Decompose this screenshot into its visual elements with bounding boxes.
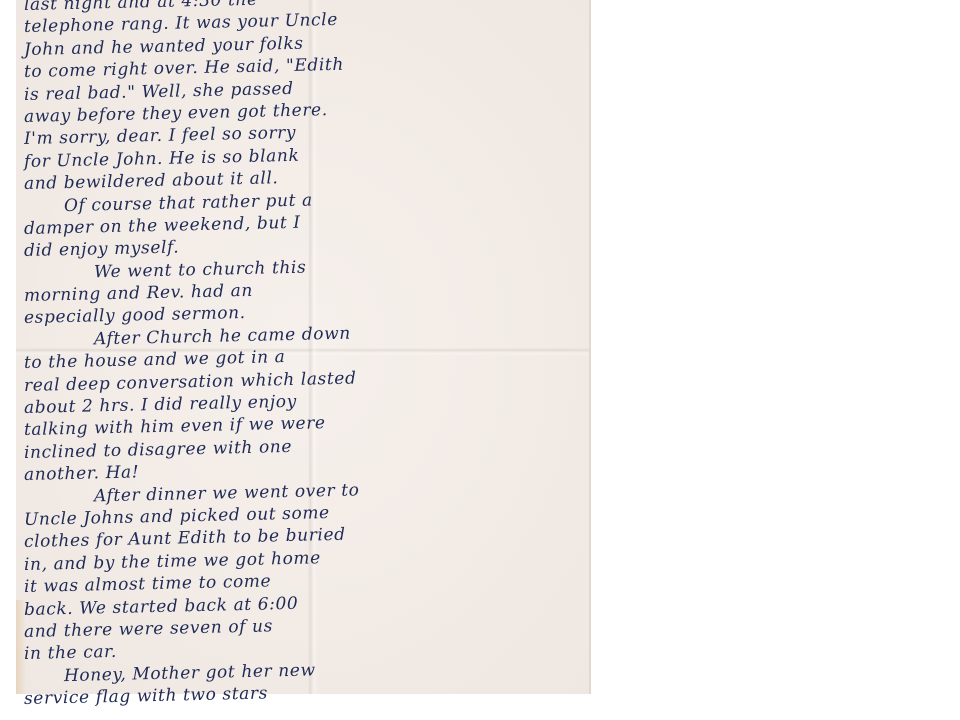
- letter-page: last night and at 4:30 thetelephone rang…: [16, 0, 591, 694]
- letter-body: last night and at 4:30 thetelephone rang…: [24, 0, 584, 711]
